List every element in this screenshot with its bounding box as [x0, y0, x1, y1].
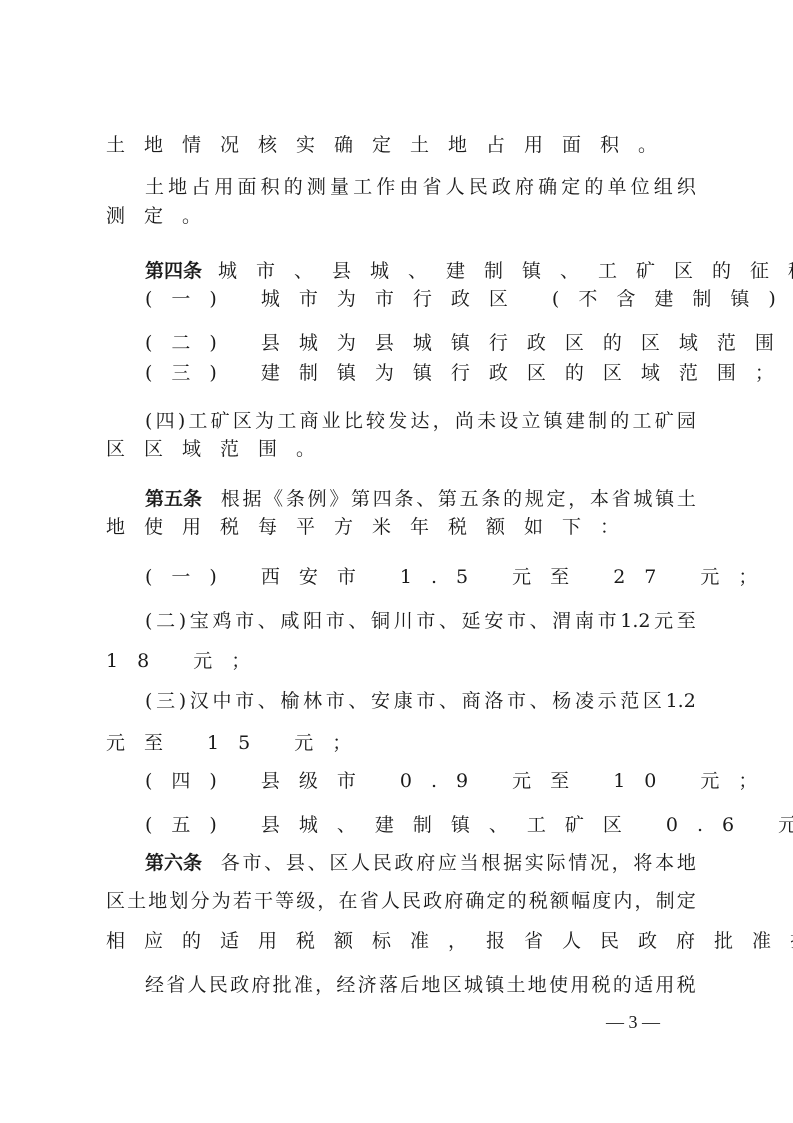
text-char: 济	[358, 970, 377, 1000]
text-char: 根	[481, 848, 500, 878]
text-char: 区	[329, 848, 348, 878]
text-char: 用	[570, 970, 589, 1000]
text-char: 人	[351, 848, 370, 878]
text-char: 立	[521, 406, 540, 436]
text-char: 规	[525, 484, 544, 514]
text-char: (	[145, 606, 152, 636]
text-char: 积	[261, 172, 280, 202]
text-char: 级	[296, 886, 315, 916]
text-char: 后	[400, 970, 419, 1000]
text-char: 土	[507, 970, 526, 1000]
text-char: 定	[547, 484, 566, 514]
text-char: 地	[168, 172, 187, 202]
line-text: 元至 15 元；	[106, 732, 370, 754]
text-char: 府	[251, 970, 270, 1000]
text-char: 据	[242, 484, 261, 514]
text-char: 洛	[484, 686, 503, 716]
text-line: 测定。	[106, 201, 696, 231]
text-char: 民	[469, 172, 488, 202]
text-char: 单	[608, 172, 627, 202]
text-char: 干	[254, 886, 273, 916]
text-char: 面	[238, 172, 257, 202]
text-char: 市	[326, 686, 345, 716]
document-page: 土地情况核实确定土地占用面积。土地占用面积的测量工作由省人民政府确定的单位组织测…	[0, 0, 793, 1123]
text-char: 工	[353, 172, 372, 202]
text-char: 延	[462, 606, 481, 636]
text-char: 经	[336, 970, 355, 1000]
text-char: 落	[379, 970, 398, 1000]
text-char: 准	[294, 970, 313, 1000]
text-char: 占	[191, 172, 210, 202]
text-char: 本	[655, 848, 674, 878]
text-char: 政	[230, 970, 249, 1000]
text-char: (	[145, 406, 152, 436]
text-char: 、	[530, 606, 549, 636]
text-char: 地	[421, 970, 440, 1000]
text-line: (二)宝鸡市、咸阳市、铜川市、延安市、渭南市1.2元至	[145, 606, 696, 636]
text-line: 第五条根据《条例》第四条、第五条的规定，本省城镇土	[145, 484, 696, 514]
text-char: 区	[233, 406, 252, 436]
text-char: 确	[538, 172, 557, 202]
text-line: (一) 城市为市行政区 (不含建制镇) 的区域范围；	[145, 284, 696, 314]
text-char: 批	[273, 970, 292, 1000]
text-line: (五) 县城、建制镇、工矿区 0.6 元至 7 元。	[145, 810, 696, 840]
text-char: 二	[156, 606, 175, 636]
text-char: 建	[566, 406, 585, 436]
text-char: 三	[156, 686, 175, 716]
text-char: 工	[277, 406, 296, 436]
text-char: 的	[584, 172, 603, 202]
text-char: 本	[590, 484, 609, 514]
text-char: 四	[373, 484, 392, 514]
text-char: 第	[351, 484, 370, 514]
text-char: 比	[344, 406, 363, 436]
text-line: (四)工矿区为工商业比较发达，尚未设立镇建制的工矿园	[145, 406, 696, 436]
text-char: 政	[423, 886, 442, 916]
text-char: 人	[188, 970, 207, 1000]
text-char: 定	[677, 886, 696, 916]
article-heading: 第六条	[145, 848, 202, 878]
text-char: 、	[348, 606, 367, 636]
text-char: 、	[258, 686, 277, 716]
text-char: 的	[284, 172, 303, 202]
text-char: 、	[439, 606, 458, 636]
line-text: (一) 城市为市行政区 (不含建制镇) 的区域范围；	[145, 288, 793, 310]
text-char: 据	[503, 848, 522, 878]
line-text: 测定。	[106, 205, 220, 227]
text-char: 矿	[655, 406, 674, 436]
article-heading: 第五条	[145, 484, 202, 514]
text-line: 相应的适用税额标准，报省人民政府批准执行。	[106, 926, 696, 956]
text-char: 地	[677, 848, 696, 878]
text-char: 用	[214, 172, 233, 202]
text-char: 业	[322, 406, 341, 436]
line-text: (一) 西安市 1.5 元至 27 元；	[145, 566, 776, 588]
text-char: 土	[677, 484, 696, 514]
text-line: (二) 县城为县城镇行政区的区域范围；	[145, 328, 696, 358]
text-char: 省	[360, 886, 379, 916]
line-text: 城市、县城、建制镇、工矿区的征税范围：	[218, 260, 793, 282]
text-char: )	[179, 686, 186, 716]
text-char: 根	[221, 484, 240, 514]
text-char: 城	[464, 970, 483, 1000]
text-char: 地	[528, 970, 547, 1000]
line-text: (四) 县级市 0.9 元至 10 元；	[145, 770, 776, 792]
text-line: 土地情况核实确定土地占用面积。	[106, 130, 696, 160]
text-char: 较	[366, 406, 385, 436]
text-char: 铜	[371, 606, 390, 636]
text-char: 为	[212, 886, 231, 916]
text-char: 确	[465, 886, 484, 916]
text-char: 区	[443, 970, 462, 1000]
text-char: 市	[326, 606, 345, 636]
text-char: 阳	[303, 606, 322, 636]
text-char: 《	[264, 484, 283, 514]
text-char: 渭	[552, 606, 571, 636]
text-char: 市	[235, 686, 254, 716]
line-text: 土地情况核实确定土地占用面积。	[106, 134, 676, 156]
text-char: 、	[308, 848, 327, 878]
text-char: 税	[592, 970, 611, 1000]
text-char: 市	[242, 848, 261, 878]
text-char: 康	[394, 686, 413, 716]
text-char: 量	[330, 172, 349, 202]
text-char: 市	[416, 606, 435, 636]
text-char: ，	[635, 886, 654, 916]
text-line: 第四条城市、县城、建制镇、工矿区的征税范围：	[145, 256, 696, 286]
text-char: 制	[656, 886, 675, 916]
text-char: 汉	[190, 686, 209, 716]
text-char: 条	[286, 484, 305, 514]
text-char: 1.2	[620, 606, 650, 636]
text-char: 尚	[455, 406, 474, 436]
text-char: 民	[209, 970, 228, 1000]
text-char: 税	[677, 970, 696, 1000]
text-char: 额	[550, 886, 569, 916]
article-heading: 第四条	[145, 260, 202, 282]
text-char: 府	[444, 886, 463, 916]
text-line: 区区域范围。	[106, 434, 696, 464]
text-char: 定	[561, 172, 580, 202]
text-char: 第	[438, 484, 457, 514]
text-char: ，	[568, 484, 587, 514]
text-char: 市	[598, 606, 617, 636]
text-char: 》	[329, 484, 348, 514]
text-char: 未	[477, 406, 496, 436]
text-char: 测	[307, 172, 326, 202]
text-char: 织	[677, 172, 696, 202]
text-char: 市	[507, 686, 526, 716]
text-line: (三)汉中市、榆林市、安康市、商洛市、杨凌示范区1.2	[145, 686, 696, 716]
text-line: 区土地划分为若干等级，在省人民政府确定的税额幅度内，制定	[106, 886, 696, 916]
text-char: 安	[484, 606, 503, 636]
text-char: )	[179, 606, 186, 636]
text-char: 省	[423, 172, 442, 202]
text-char: 镇	[655, 484, 674, 514]
text-char: 际	[547, 848, 566, 878]
text-char: 省	[612, 484, 631, 514]
text-line: 元至 15 元；	[106, 728, 696, 758]
text-char: 镇	[544, 406, 563, 436]
text-char: 杨	[552, 686, 571, 716]
text-char: 的	[610, 406, 629, 436]
text-char: 条	[394, 484, 413, 514]
text-char: 若	[233, 886, 252, 916]
text-char: 制	[588, 406, 607, 436]
text-char: 地	[148, 886, 167, 916]
text-char: 达	[410, 406, 429, 436]
text-char: 市	[507, 606, 526, 636]
text-char: 将	[633, 848, 652, 878]
text-char: 的	[613, 970, 632, 1000]
text-char: 使	[549, 970, 568, 1000]
text-char: )	[178, 406, 185, 436]
text-char: ，	[317, 886, 336, 916]
text-char: 、	[416, 484, 435, 514]
text-line: (三) 建制镇为镇行政区的区域范围；	[145, 358, 696, 388]
text-char: 宝	[190, 606, 209, 636]
text-char: 安	[371, 686, 390, 716]
text-char: 四	[156, 406, 175, 436]
text-char: 商	[462, 686, 481, 716]
text-char: 、	[264, 848, 283, 878]
text-char: 的	[508, 886, 527, 916]
line-text: 相应的适用税额标准，报省人民政府批准执行。	[106, 930, 793, 952]
text-line: 18 元；	[106, 646, 696, 676]
text-char: 人	[381, 886, 400, 916]
text-char: 市	[416, 686, 435, 716]
text-char: 划	[169, 886, 188, 916]
text-char: 各	[221, 848, 240, 878]
text-char: 示	[598, 686, 617, 716]
text-char: 、	[530, 686, 549, 716]
text-char: ，	[315, 970, 334, 1000]
text-char: 度	[592, 886, 611, 916]
text-char: 五	[460, 484, 479, 514]
text-char: 中	[212, 686, 231, 716]
text-char: 位	[631, 172, 650, 202]
text-char: 定	[487, 886, 506, 916]
text-char: 凌	[575, 686, 594, 716]
text-char: 人	[446, 172, 465, 202]
text-char: 经	[145, 970, 164, 1000]
text-char: 政	[394, 848, 413, 878]
line-text: (二) 县城为县城镇行政区的区域范围；	[145, 332, 793, 354]
text-char: 府	[416, 848, 435, 878]
line-text: 18 元；	[106, 650, 269, 672]
text-char: 在	[339, 886, 358, 916]
text-char: 1.2	[666, 686, 696, 716]
text-char: 民	[373, 848, 392, 878]
text-char: 工	[188, 406, 207, 436]
text-line: (一) 西安市 1.5 元至 27 元；	[145, 562, 696, 592]
text-char: 发	[388, 406, 407, 436]
text-char: 土	[127, 886, 146, 916]
text-char: 等	[275, 886, 294, 916]
text-char: 设	[499, 406, 518, 436]
text-char: 鸡	[212, 606, 231, 636]
text-char: 用	[655, 970, 674, 1000]
text-char: 镇	[485, 970, 504, 1000]
text-char: 林	[303, 686, 322, 716]
text-char: 区	[106, 886, 125, 916]
text-char: 范	[620, 686, 639, 716]
text-char: 南	[575, 606, 594, 636]
text-char: ，	[433, 406, 452, 436]
text-line: 土地占用面积的测量工作由省人民政府确定的单位组织	[145, 172, 696, 202]
text-line: (四) 县级市 0.9 元至 10 元；	[145, 766, 696, 796]
text-char: 况	[590, 848, 609, 878]
text-char: 政	[492, 172, 511, 202]
text-char: 商	[299, 406, 318, 436]
text-char: 例	[308, 484, 327, 514]
line-text: 地使用税每平方米年税额如下：	[106, 516, 638, 538]
text-char: 条	[481, 484, 500, 514]
text-char: 区	[643, 686, 662, 716]
text-char: 、	[439, 686, 458, 716]
text-line: 地使用税每平方米年税额如下：	[106, 512, 696, 542]
text-char: 应	[438, 848, 457, 878]
page-number: — 3 —	[590, 1008, 676, 1036]
text-char: 当	[460, 848, 479, 878]
text-char: (	[145, 686, 152, 716]
text-char: 为	[255, 406, 274, 436]
text-char: 省	[166, 970, 185, 1000]
text-char: 税	[529, 886, 548, 916]
text-char: 由	[399, 172, 418, 202]
text-char: 内	[613, 886, 632, 916]
text-char: 民	[402, 886, 421, 916]
text-char: 园	[677, 406, 696, 436]
text-char: 府	[515, 172, 534, 202]
text-char: 实	[525, 848, 544, 878]
text-char: 分	[191, 886, 210, 916]
text-char: 城	[633, 484, 652, 514]
text-line: 第六条各市、县、区人民政府应当根据实际情况，将本地	[145, 848, 696, 878]
text-char: 榆	[280, 686, 299, 716]
text-char: 矿	[211, 406, 230, 436]
line-text: 区区域范围。	[106, 438, 334, 460]
text-char: 工	[632, 406, 651, 436]
text-char: ，	[612, 848, 631, 878]
text-line: 经省人民政府批准，经济落后地区城镇土地使用税的适用税	[145, 970, 696, 1000]
text-char: 作	[376, 172, 395, 202]
text-char: 的	[503, 484, 522, 514]
text-char: 、	[348, 686, 367, 716]
text-char: 、	[258, 606, 277, 636]
text-char: 幅	[571, 886, 590, 916]
text-char: 组	[654, 172, 673, 202]
text-char: 土	[145, 172, 164, 202]
line-text: (五) 县城、建制镇、工矿区 0.6 元至 7 元。	[145, 814, 793, 836]
text-char: 川	[394, 606, 413, 636]
text-char: 情	[568, 848, 587, 878]
text-char: 县	[286, 848, 305, 878]
text-char: 适	[634, 970, 653, 1000]
text-char: 元	[654, 606, 673, 636]
text-char: 市	[235, 606, 254, 636]
text-char: 咸	[280, 606, 299, 636]
text-char: 至	[677, 606, 696, 636]
line-text: (三) 建制镇为镇行政区的区域范围；	[145, 362, 793, 384]
